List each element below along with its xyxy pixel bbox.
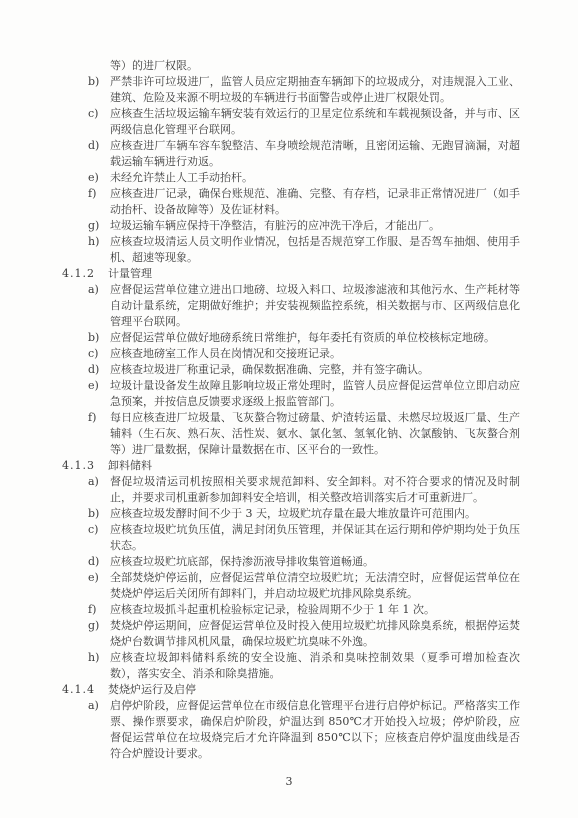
section-title: 焚烧炉运行及启停 bbox=[108, 682, 520, 698]
item-label: e) bbox=[88, 170, 110, 186]
item-text: 应核查进厂车辆车容车貌整洁、车身喷绘规范清晰，且密闭运输、无跑冒滴漏，对超载运输… bbox=[110, 138, 520, 170]
section-title: 计量管理 bbox=[108, 266, 520, 282]
item-label: b) bbox=[88, 330, 110, 346]
document-page: 等）的进厂权限。 b) 严禁非许可垃圾进厂，监管人员应定期抽查车辆卸下的垃圾成分… bbox=[0, 0, 578, 818]
item-label: a) bbox=[88, 698, 110, 762]
item-label: g) bbox=[88, 218, 110, 234]
section-heading-4-1-3: 4.1.3 卸料储料 bbox=[62, 458, 520, 474]
item-text: 应核查垃圾清运人员文明作业情况，包括是否规范穿工作服、是否驾车抽烟、使用手机、超… bbox=[110, 234, 520, 266]
item-text: 应核查垃圾贮坑底部，保持渗沥液导排收集管道畅通。 bbox=[110, 554, 520, 570]
clause-item: d) 应核查垃圾贮坑底部，保持渗沥液导排收集管道畅通。 bbox=[62, 554, 520, 570]
clause-item: e) 全部焚烧炉停运前，应督促运营单位清空垃圾贮坑；无法清空时，应督促运营单位在… bbox=[62, 570, 520, 602]
section-title: 卸料储料 bbox=[108, 458, 520, 474]
item-text: 应核查垃圾抓斗起重机检验标定记录，检验周期不少于 1 年 1 次。 bbox=[110, 602, 520, 618]
item-text: 垃圾计量设备发生故障且影响垃圾正常处理时，监管人员应督促运营单位立即启动应急预案… bbox=[110, 378, 520, 410]
clause-item: d) 应核查垃圾进厂称重记录，确保数据准确、完整，并有签字确认。 bbox=[62, 362, 520, 378]
clause-item: c) 应核查生活垃圾运输车辆安装有效运行的卫星定位系统和车载视频设备，并与市、区… bbox=[62, 106, 520, 138]
section-number: 4.1.2 bbox=[62, 266, 95, 282]
item-label: c) bbox=[88, 106, 110, 138]
section-heading-4-1-4: 4.1.4 焚烧炉运行及启停 bbox=[62, 682, 520, 698]
item-label: a) bbox=[88, 282, 110, 330]
clause-item: h) 应核查垃圾清运人员文明作业情况，包括是否规范穿工作服、是否驾车抽烟、使用手… bbox=[62, 234, 520, 266]
clause-item: f) 每日应核查进厂垃圾量、飞灰螯合物过磅量、炉渣转运量、未燃尽垃圾返厂量、生产… bbox=[62, 410, 520, 458]
clause-item: g) 垃圾运输车辆应保持干净整洁，有脏污的应冲洗干净后，才能出厂。 bbox=[62, 218, 520, 234]
item-text: 应核查垃圾贮坑负压值，满足封闭负压管理，并保证其在运行期和停炉期均处于负压状态。 bbox=[110, 522, 520, 554]
item-text: 未经允许禁止人工手动抬杆。 bbox=[110, 170, 520, 186]
continuation-line: 等）的进厂权限。 bbox=[62, 58, 520, 74]
item-text: 督促垃圾清运司机按照相关要求规范卸料、安全卸料。对不符合要求的情况及时制止，并要… bbox=[110, 474, 520, 506]
item-text: 应核查生活垃圾运输车辆安装有效运行的卫星定位系统和车载视频设备，并与市、区两级信… bbox=[110, 106, 520, 138]
section-heading-4-1-2: 4.1.2 计量管理 bbox=[62, 266, 520, 282]
clause-item: c) 应核查垃圾贮坑负压值，满足封闭负压管理，并保证其在运行期和停炉期均处于负压… bbox=[62, 522, 520, 554]
item-label: f) bbox=[88, 186, 110, 218]
item-text: 全部焚烧炉停运前，应督促运营单位清空垃圾贮坑；无法清空时，应督促运营单位在焚烧炉… bbox=[110, 570, 520, 602]
item-text: 焚烧炉停运期间，应督促运营单位及时投入使用垃圾贮坑排风除臭系统，根据停运焚烧炉台… bbox=[110, 618, 520, 650]
item-label: b) bbox=[88, 74, 110, 106]
item-label: b) bbox=[88, 506, 110, 522]
clause-item: f) 应核查垃圾抓斗起重机检验标定记录，检验周期不少于 1 年 1 次。 bbox=[62, 602, 520, 618]
clause-item: g) 焚烧炉停运期间，应督促运营单位及时投入使用垃圾贮坑排风除臭系统，根据停运焚… bbox=[62, 618, 520, 650]
clause-item: d) 应核查进厂车辆车容车貌整洁、车身喷绘规范清晰，且密闭运输、无跑冒滴漏，对超… bbox=[62, 138, 520, 170]
item-text: 应核查垃圾进厂称重记录，确保数据准确、完整，并有签字确认。 bbox=[110, 362, 520, 378]
item-label: e) bbox=[88, 570, 110, 602]
item-label: d) bbox=[88, 362, 110, 378]
item-text: 应核查地磅室工作人员在岗情况和交接班记录。 bbox=[110, 346, 520, 362]
clause-item: b) 应督促运营单位做好地磅系统日常维护，每年委托有资质的单位校核标定地磅。 bbox=[62, 330, 520, 346]
clause-item: e) 垃圾计量设备发生故障且影响垃圾正常处理时，监管人员应督促运营单位立即启动应… bbox=[62, 378, 520, 410]
item-label: e) bbox=[88, 378, 110, 410]
item-text: 每日应核查进厂垃圾量、飞灰螯合物过磅量、炉渣转运量、未燃尽垃圾返厂量、生产辅料（… bbox=[110, 410, 520, 458]
document-body: 等）的进厂权限。 b) 严禁非许可垃圾进厂，监管人员应定期抽查车辆卸下的垃圾成分… bbox=[62, 58, 520, 762]
item-text: 启停炉阶段，应督促运营单位在市级信息化管理平台进行启停炉标记。严格落实工作票、操… bbox=[110, 698, 520, 762]
clause-item: a) 启停炉阶段，应督促运营单位在市级信息化管理平台进行启停炉标记。严格落实工作… bbox=[62, 698, 520, 762]
item-text: 应核查进厂记录，确保台账规范、准确、完整、有存档，记录非正常情况进厂（如手动抬杆… bbox=[110, 186, 520, 218]
item-label: h) bbox=[88, 234, 110, 266]
clause-item: a) 应督促运营单位建立进出口地磅、垃圾入料口、垃圾渗滤液和其他污水、生产耗材等… bbox=[62, 282, 520, 330]
item-label: d) bbox=[88, 554, 110, 570]
item-text: 垃圾运输车辆应保持干净整洁，有脏污的应冲洗干净后，才能出厂。 bbox=[110, 218, 520, 234]
clause-item: e) 未经允许禁止人工手动抬杆。 bbox=[62, 170, 520, 186]
clause-item: b) 严禁非许可垃圾进厂，监管人员应定期抽查车辆卸下的垃圾成分，对违规混入工业、… bbox=[62, 74, 520, 106]
item-text: 严禁非许可垃圾进厂，监管人员应定期抽查车辆卸下的垃圾成分，对违规混入工业、建筑、… bbox=[110, 74, 520, 106]
item-text: 应督促运营单位做好地磅系统日常维护，每年委托有资质的单位校核标定地磅。 bbox=[110, 330, 520, 346]
item-label: d) bbox=[88, 138, 110, 170]
section-number: 4.1.4 bbox=[62, 682, 95, 698]
item-label: g) bbox=[88, 618, 110, 650]
section-number: 4.1.3 bbox=[62, 458, 95, 474]
item-text: 应核查垃圾卸料储料系统的安全设施、消杀和臭味控制效果（夏季可增加检查次数），落实… bbox=[110, 650, 520, 682]
page-number: 3 bbox=[0, 775, 578, 788]
item-label: c) bbox=[88, 346, 110, 362]
item-label: f) bbox=[88, 410, 110, 458]
item-label: h) bbox=[88, 650, 110, 682]
item-text: 应督促运营单位建立进出口地磅、垃圾入料口、垃圾渗滤液和其他污水、生产耗材等自动计… bbox=[110, 282, 520, 330]
clause-item: h) 应核查垃圾卸料储料系统的安全设施、消杀和臭味控制效果（夏季可增加检查次数）… bbox=[62, 650, 520, 682]
item-label: c) bbox=[88, 522, 110, 554]
item-label: a) bbox=[88, 474, 110, 506]
clause-item: c) 应核查地磅室工作人员在岗情况和交接班记录。 bbox=[62, 346, 520, 362]
item-text: 应核查垃圾发酵时间不少于 3 天，垃圾贮坑存量在最大堆放量许可范围内。 bbox=[110, 506, 520, 522]
clause-item: a) 督促垃圾清运司机按照相关要求规范卸料、安全卸料。对不符合要求的情况及时制止… bbox=[62, 474, 520, 506]
clause-item: b) 应核查垃圾发酵时间不少于 3 天，垃圾贮坑存量在最大堆放量许可范围内。 bbox=[62, 506, 520, 522]
clause-item: f) 应核查进厂记录，确保台账规范、准确、完整、有存档，记录非正常情况进厂（如手… bbox=[62, 186, 520, 218]
item-label: f) bbox=[88, 602, 110, 618]
